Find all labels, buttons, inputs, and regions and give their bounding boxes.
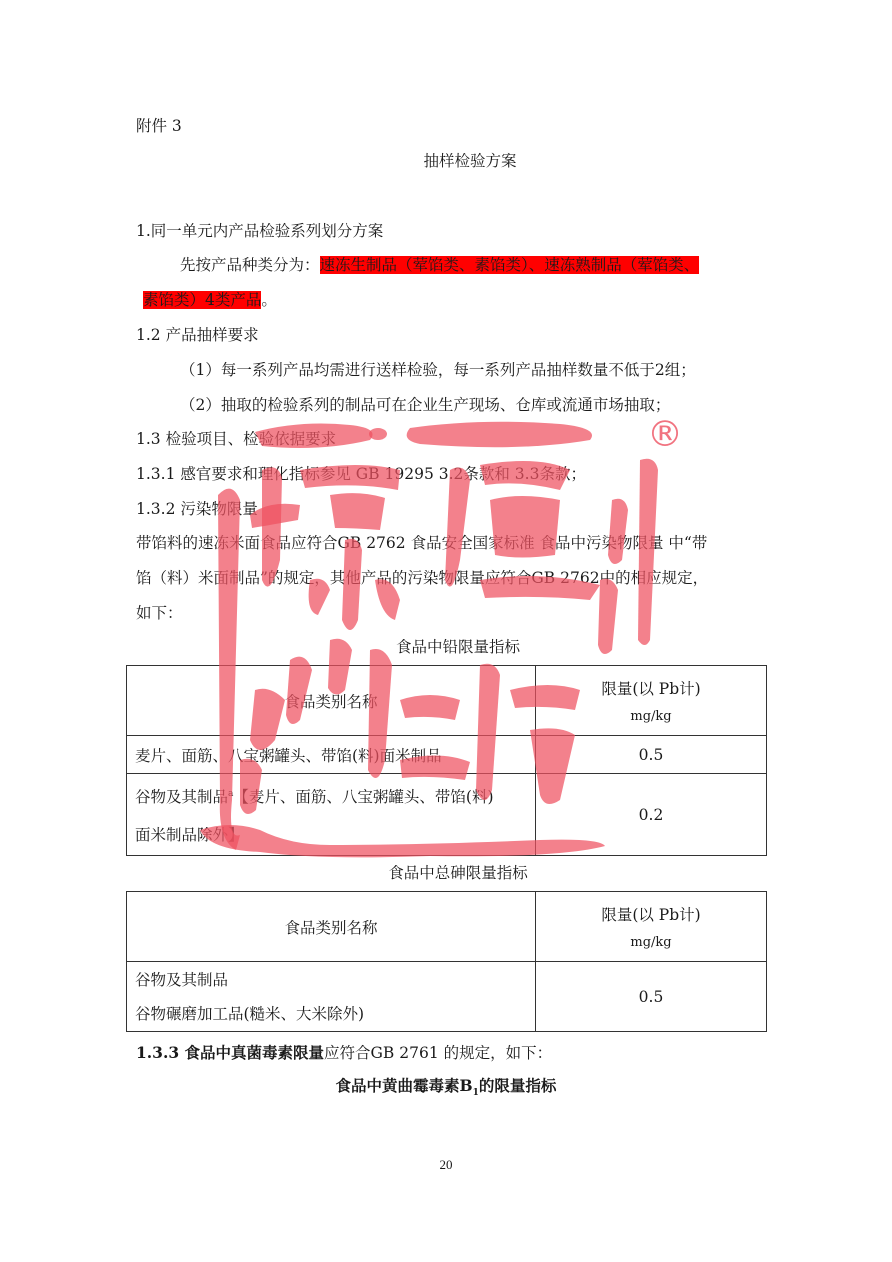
header-limit-label: 限量(以 Pb计) [544,899,758,931]
contaminant-para-line-3: 如下： [136,603,183,623]
limit-value-cell: 0.2 [536,774,767,856]
section-1-3-3: 1.3.3 食品中真菌毒素限量应符合GB 2761 的规定，如下： [136,1043,552,1063]
header-food-category: 食品类别名称 [127,666,536,736]
header-limit-unit: mg/kg [544,931,758,955]
highlighted-categories-1: 速冻生制品（荤馅类、素馅类）、速冻熟制品（荤馅类、 [320,256,700,274]
arsenic-table-title: 食品中总砷限量指标 [0,863,892,883]
section-1-heading: 1.同一单元内产品检验系列划分方案 [136,221,383,241]
section-1-3-heading: 1.3 检验项目、检验依据要求 [136,429,336,449]
food-category-line-1: 谷物及其制品 [135,963,527,997]
header-limit-unit: mg/kg [544,705,758,729]
header-food-category: 食品类别名称 [127,892,536,962]
section-1-3-3-heading: 1.3.3 食品中真菌毒素限量 [136,1043,324,1062]
header-limit: 限量(以 Pb计) mg/kg [536,892,767,962]
table-row: 麦片、面筋、八宝粥罐头、带馅(料)面米制品 0.5 [127,736,767,774]
intro-prefix: 先按产品种类分为： [180,256,320,274]
food-category-cell: 麦片、面筋、八宝粥罐头、带馅(料)面米制品 [127,736,536,774]
arsenic-limit-table: 食品类别名称 限量(以 Pb计) mg/kg 谷物及其制品 谷物碾磨加工品(糙米… [126,891,767,1032]
document-page: 附件 3 抽样检验方案 1.同一单元内产品检验系列划分方案 先按产品种类分为：速… [0,0,892,1262]
lead-table-title: 食品中铅限量指标 [0,637,892,657]
table-row: 谷物及其制品a【麦片、面筋、八宝粥罐头、带馅(料) 面米制品除外】 0.2 [127,774,767,856]
sampling-requirement-2: （2）抽取的检验系列的制品可在企业生产现场、仓库或流通市场抽取； [180,395,670,415]
section-1-intro-cont: 素馅类）4类产品。 [143,290,277,310]
category-exclusion: 【麦片、面筋、八宝粥罐头、带馅(料) [233,788,493,806]
header-limit: 限量(以 Pb计) mg/kg [536,666,767,736]
section-1-3-3-text: 应符合GB 2761 的规定，如下： [324,1044,552,1062]
limit-value-cell: 0.5 [536,962,767,1032]
sampling-requirement-1: （1）每一系列产品均需进行送样检验，每一系列产品抽样数量不低于2组； [180,360,696,380]
category-text: 谷物及其制品 [135,788,228,806]
intro-suffix: 。 [261,291,277,309]
food-category-cell: 谷物及其制品a【麦片、面筋、八宝粥罐头、带馅(料) 面米制品除外】 [127,774,536,856]
document-title: 抽样检验方案 [0,151,892,171]
food-category-line-2: 面米制品除外】 [135,816,527,854]
page-number: 20 [0,1157,892,1173]
contaminant-para-line-1: 带馅料的速冻米面食品应符合GB 2762 食品安全国家标准 食品中污染物限量 中… [136,533,707,553]
aflatoxin-title-text: 食品中黄曲霉毒素B [336,1076,473,1095]
food-category-cell: 谷物及其制品 谷物碾磨加工品(糙米、大米除外) [127,962,536,1032]
food-category-line-1: 谷物及其制品a【麦片、面筋、八宝粥罐头、带馅(料) [135,775,527,816]
section-1-3-2-heading: 1.3.2 污染物限量 [136,499,258,519]
highlighted-categories-2: 素馅类）4类产品 [143,291,261,309]
limit-value-cell: 0.5 [536,736,767,774]
aflatoxin-table-title: 食品中黄曲霉毒素B1的限量指标 [0,1076,892,1103]
section-1-3-1: 1.3.1 感官要求和理化指标参见 GB 19295 3.2条款和 3.3条款； [136,464,586,484]
aflatoxin-title-suffix: 的限量指标 [479,1076,557,1095]
food-category-line-2: 谷物碾磨加工品(糙米、大米除外) [135,997,527,1031]
lead-limit-table: 食品类别名称 限量(以 Pb计) mg/kg 麦片、面筋、八宝粥罐头、带馅(料)… [126,665,767,856]
table-header-row: 食品类别名称 限量(以 Pb计) mg/kg [127,892,767,962]
contaminant-para-line-2: 馅（料）米面制品”的规定，其他产品的污染物限量应符合GB 2762中的相应规定， [136,568,708,588]
section-1-2-heading: 1.2 产品抽样要求 [136,325,259,345]
table-header-row: 食品类别名称 限量(以 Pb计) mg/kg [127,666,767,736]
section-1-intro: 先按产品种类分为：速冻生制品（荤馅类、素馅类）、速冻熟制品（荤馅类、 [180,255,699,275]
header-limit-label: 限量(以 Pb计) [544,673,758,705]
table-row: 谷物及其制品 谷物碾磨加工品(糙米、大米除外) 0.5 [127,962,767,1032]
attachment-label: 附件 3 [136,116,182,136]
